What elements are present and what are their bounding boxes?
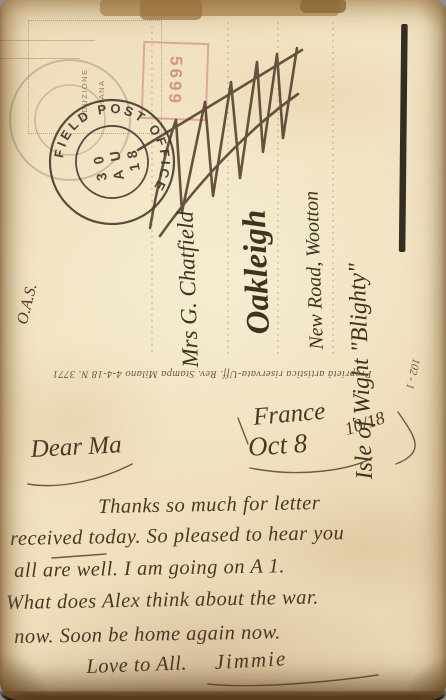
printed-margin-text: ODUZIONE: [80, 38, 89, 120]
message-salutation: Dear Ma: [30, 431, 122, 464]
message-line-5: now. Soon be home again now.: [14, 621, 281, 649]
printed-margin-text: IANA: [97, 45, 106, 103]
message-line-3: all are well. I am going on A 1.: [14, 555, 285, 583]
message-line-1: Thanks so much for letter: [98, 492, 320, 519]
message-signoff: Love to All.: [86, 652, 187, 679]
postcard-scan: 5699 ODUZIONE IANA FIELD POST OFFICE: [0, 0, 446, 700]
printed-copyright-line: Proprietà artistica riservata-Uff. Rev. …: [28, 368, 396, 379]
bottom-edge-shadow: [0, 691, 446, 700]
message-signature: Jimmie: [214, 646, 288, 675]
tape-stain-darkest: [300, 0, 346, 13]
dateline-date: Oct 8: [247, 428, 308, 463]
tape-stain-dark: [140, 0, 202, 20]
